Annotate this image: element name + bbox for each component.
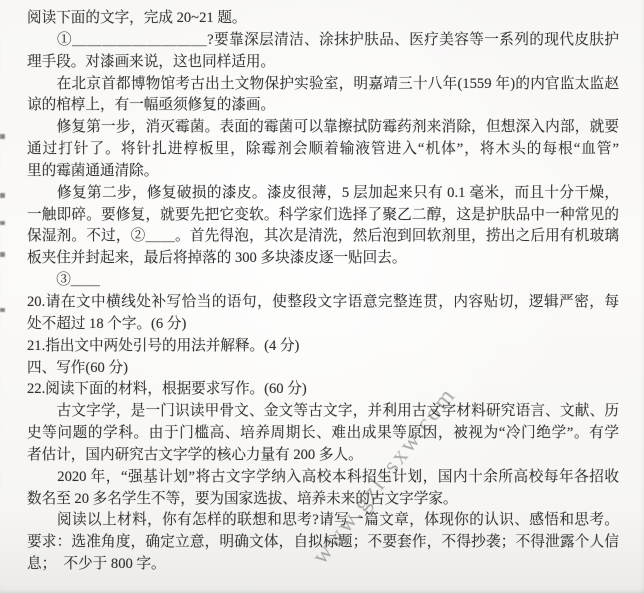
text-line: 通过打针了。将针扎进椁板里，除霉剂会顺着输液管进入“机体”，将木头的每根“血管” — [27, 139, 619, 161]
text-line: 20.请在文中横线处补写恰当的语句，使整段文字语意完整连贯，内容贴切，逻辑严密，… — [27, 292, 619, 314]
text-line: ③＿＿ — [27, 270, 619, 292]
text-line: 板夹住并封起来，最后将掉落的 300 多块漆皮逐一贴回去。 — [27, 248, 619, 270]
text-line: 一触即碎。要修复，就要先把它变软。科学家们选择了聚乙二醇，这是护肤品中一种常见的 — [27, 205, 619, 227]
exam-paper-scan: www.gzlssxw.com 阅读下面的文字，完成 20~21 题。 ①＿＿＿… — [0, 0, 644, 594]
scan-artifact — [0, 134, 5, 139]
exam-text-block: 阅读下面的文字，完成 20~21 题。 ①＿＿＿＿＿＿＿＿＿?要靠深层清洁、涂抹… — [27, 8, 619, 576]
text-line: 四、写作(60 分) — [27, 358, 619, 380]
scan-artifact — [0, 252, 5, 257]
text-line: 理手段。对漆画来说，这也同样适用。 — [27, 52, 619, 74]
text-line: 者估计，国内研究古文字学的核心力量有 200 多人。 — [27, 445, 619, 467]
scan-artifact — [0, 308, 5, 312]
text-line: 21.指出文中两处引号的用法并解释。(4 分) — [27, 336, 619, 358]
text-line: 史等问题的学科。由于门槛高、培养周期长、难出成果等原因，被视为“冷门绝学”。有学 — [27, 423, 619, 445]
text-line: 处不超过 18 个字。(6 分) — [27, 314, 619, 336]
text-line: 谅的棺椁上，有一幅亟须修复的漆画。 — [27, 95, 619, 117]
text-line: 2020 年，“强基计划”将古文字学纳入高校本科招生计划，国内十余所高校每年各招… — [27, 467, 619, 489]
text-line: 22.阅读下面的材料，根据要求写作。(60 分) — [27, 379, 619, 401]
text-line: 要求：选准角度，确定立意，明确文体，自拟标题；不要套作，不得抄袭；不得泄露个人信 — [27, 532, 619, 554]
text-line: 息； 不少于 800 字。 — [27, 554, 619, 576]
text-line: 数名至 20 多名学生不等，要为国家选拔、培养未来的古文字学家。 — [27, 489, 619, 511]
text-line: 修复第一步，消灭霉菌。表面的霉菌可以靠擦拭防霉药剂来消除，但想深入内部，就要 — [27, 117, 619, 139]
text-line: 保湿剂。不过，②＿＿。首先得泡，其次是清洗，然后泡到回软剂里，捞出之后用有机玻璃 — [27, 226, 619, 248]
scan-artifact — [0, 221, 5, 225]
text-line: 阅读以上材料，你有怎样的联想和思考?请写一篇文章，体现你的认识、感悟和思考。 — [27, 510, 619, 532]
text-line: 在北京首都博物馆考古出土文物保护实验室，明嘉靖三十八年(1559 年)的内官监太… — [27, 74, 619, 96]
text-line: 修复第二步，修复破损的漆皮。漆皮很薄，5 层加起来只有 0.1 毫米，而且十分干… — [27, 183, 619, 205]
scan-artifact — [0, 193, 5, 198]
text-line: 里的霉菌通通清除。 — [27, 161, 619, 183]
text-line: 阅读下面的文字，完成 20~21 题。 — [27, 8, 619, 30]
text-line: 古文字学，是一门识读甲骨文、金文等古文字，并利用古文字材料研究语言、文献、历 — [27, 401, 619, 423]
text-line: ①＿＿＿＿＿＿＿＿＿?要靠深层清洁、涂抹护肤品、医疗美容等一系列的现代皮肤护 — [27, 30, 619, 52]
